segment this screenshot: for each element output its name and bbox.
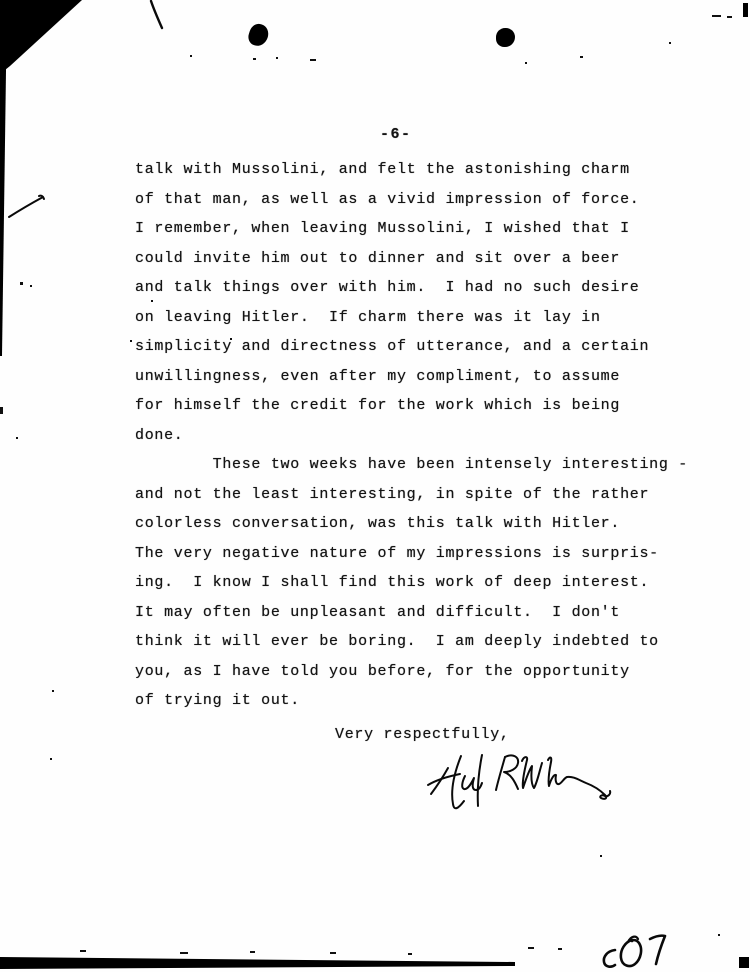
letter-body: talk with Mussolini, and felt the astoni… — [135, 155, 695, 749]
speck — [718, 934, 720, 936]
speck — [330, 952, 336, 954]
speck — [310, 59, 316, 61]
speck — [80, 950, 86, 952]
speck — [50, 758, 52, 760]
speck — [52, 690, 54, 692]
top-right-edge-mark — [743, 3, 748, 17]
body-line: unwillingness, even after my compliment,… — [135, 362, 695, 392]
speck — [30, 285, 32, 287]
scanned-letter-page: -6- talk with Mussolini, and felt the as… — [0, 0, 750, 972]
body-line: for himself the credit for the work whic… — [135, 391, 695, 421]
body-line: of that man, as well as a vivid impressi… — [135, 185, 695, 215]
body-line: colorless conversation, was this talk wi… — [135, 509, 695, 539]
bottom-edge-scan-shadow — [0, 954, 515, 972]
speck — [558, 948, 562, 950]
body-line: talk with Mussolini, and felt the astoni… — [135, 155, 695, 185]
speck — [16, 437, 18, 439]
scan-corner-fold — [0, 0, 92, 82]
speck — [580, 56, 583, 58]
body-line: and talk things over with him. I had no … — [135, 273, 695, 303]
body-line: The very negative nature of my impressio… — [135, 539, 695, 569]
page-number: -6- — [380, 126, 412, 143]
punch-hole-dot-right — [496, 28, 515, 47]
body-line: of trying it out. — [135, 686, 695, 716]
speck — [408, 953, 412, 955]
punch-hole-dot-left — [246, 22, 271, 49]
closing-line: Very respectfully, — [135, 720, 695, 750]
body-line: and not the least interesting, in spite … — [135, 480, 695, 510]
speck — [130, 340, 132, 342]
body-line: could invite him out to dinner and sit o… — [135, 244, 695, 274]
body-line: I remember, when leaving Mussolini, I wi… — [135, 214, 695, 244]
speck — [276, 57, 278, 59]
speck — [528, 947, 534, 949]
bottom-right-corner-mark — [739, 957, 749, 968]
speck — [727, 16, 732, 18]
body-line: on leaving Hitler. If charm there was it… — [135, 303, 695, 333]
body-line: think it will ever be boring. I am deepl… — [135, 627, 695, 657]
speck — [600, 855, 602, 857]
speck — [253, 58, 256, 60]
speck — [669, 42, 671, 44]
pen-slash-mark — [149, 0, 165, 30]
speck — [250, 951, 255, 953]
handwritten-code-c07 — [598, 926, 678, 970]
body-line: you, as I have told you before, for the … — [135, 657, 695, 687]
body-line: It may often be unpleasant and difficult… — [135, 598, 695, 628]
speck — [525, 62, 527, 64]
speck — [230, 338, 232, 340]
pen-check-mark — [8, 192, 50, 220]
speck — [151, 300, 153, 302]
body-line: simplicity and directness of utterance, … — [135, 332, 695, 362]
body-line: These two weeks have been intensely inte… — [135, 450, 695, 480]
signature-hugh-r-wilson — [415, 748, 615, 818]
body-line: ing. I know I shall find this work of de… — [135, 568, 695, 598]
speck — [0, 407, 3, 414]
speck — [180, 952, 188, 954]
speck — [712, 15, 721, 17]
speck — [190, 55, 192, 57]
speck — [20, 282, 23, 285]
body-line: done. — [135, 421, 695, 451]
